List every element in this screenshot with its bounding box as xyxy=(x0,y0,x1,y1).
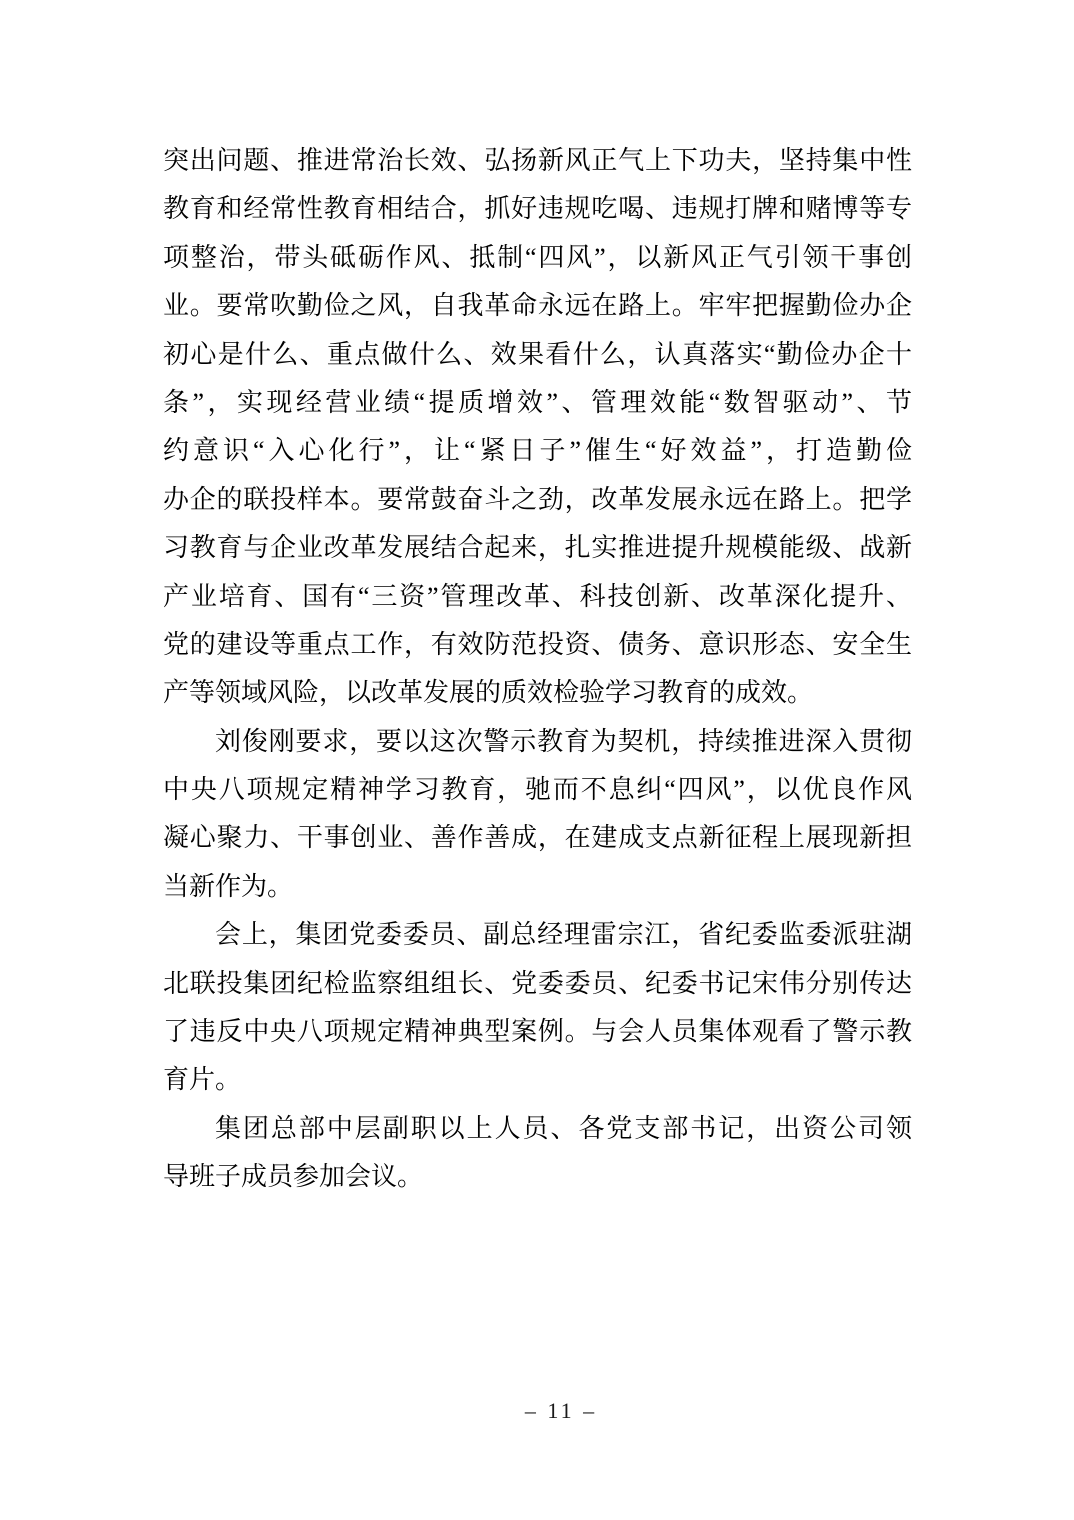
text-line: 了违反中央八项规定精神典型案例。与会人员集体观看了警示教 xyxy=(163,1008,912,1056)
text-line paragraph-end: 导班子成员参加会议。 xyxy=(163,1153,912,1201)
text-line: 条”，实现经营业绩“提质增效”、管理效能“数智驱动”、节 xyxy=(163,379,912,427)
text-line paragraph-end: 当新作为。 xyxy=(163,863,912,911)
text-line: 教育和经常性教育相结合，抓好违规吃喝、违规打牌和赌博等专 xyxy=(163,185,912,233)
text-line: 党的建设等重点工作，有效防范投资、债务、意识形态、安全生 xyxy=(163,621,912,669)
text-line paragraph-start: 集团总部中层副职以上人员、各党支部书记，出资公司领 xyxy=(163,1105,912,1153)
text-line paragraph-start: 刘俊刚要求，要以这次警示教育为契机，持续推进深入贯彻 xyxy=(163,718,912,766)
text-line: 北联投集团纪检监察组组长、党委委员、纪委书记宋伟分别传达 xyxy=(163,960,912,1008)
text-line: 初心是什么、重点做什么、效果看什么，认真落实“勤俭办企十 xyxy=(163,331,912,379)
text-line: 约意识“入心化行”，让“紧日子”催生“好效益”，打造勤俭 xyxy=(163,427,912,475)
text-line: 产业培育、国有“三资”管理改革、科技创新、改革深化提升、 xyxy=(163,573,912,621)
text-line: 凝心聚力、干事创业、善作善成，在建成支点新征程上展现新担 xyxy=(163,814,912,862)
text-block: 突出问题、推进常治长效、弘扬新风正气上下功夫，坚持集中性 教育和经常性教育相结合… xyxy=(163,137,912,1202)
text-line paragraph-end: 产等领域风险，以改革发展的质效检验学习教育的成效。 xyxy=(163,669,912,717)
text-line paragraph-start: 会上，集团党委委员、副总经理雷宗江，省纪委监委派驻湖 xyxy=(163,911,912,959)
page-footer: – 11 – xyxy=(0,1398,1074,1424)
text-line: 中央八项规定精神学习教育，驰而不息纠“四风”，以优良作风 xyxy=(163,766,912,814)
text-line: 突出问题、推进常治长效、弘扬新风正气上下功夫，坚持集中性 xyxy=(163,137,912,185)
text-line: 习教育与企业改革发展结合起来，扎实推进提升规模能级、战新 xyxy=(163,524,912,572)
text-line paragraph-end: 育片。 xyxy=(163,1056,912,1104)
page-number: – 11 – xyxy=(525,1398,597,1424)
document-page: 突出问题、推进常治长效、弘扬新风正气上下功夫，坚持集中性 教育和经常性教育相结合… xyxy=(0,0,1074,1520)
text-line: 项整治，带头砥砺作风、抵制“四风”，以新风正气引领干事创 xyxy=(163,234,912,282)
text-line: 业。要常吹勤俭之风，自我革命永远在路上。牢牢把握勤俭办企 xyxy=(163,282,912,330)
text-line: 办企的联投样本。要常鼓奋斗之劲，改革发展永远在路上。把学 xyxy=(163,476,912,524)
